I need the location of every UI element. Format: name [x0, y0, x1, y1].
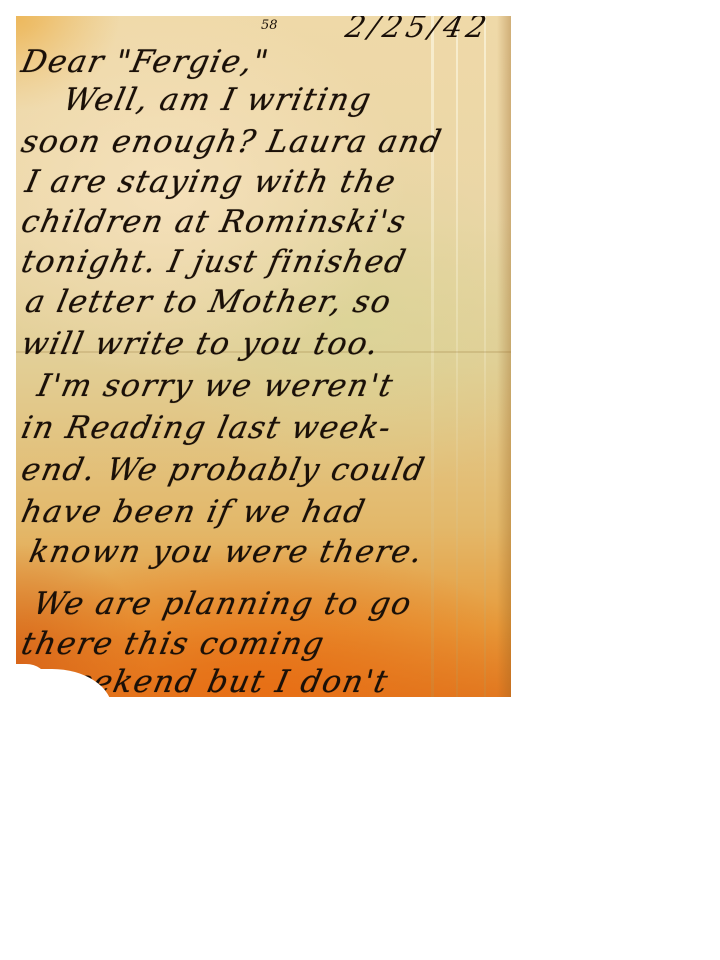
letter-line: I are staying with the	[22, 164, 400, 200]
page-number: 58	[261, 18, 278, 33]
paper-edge-shadow	[497, 16, 511, 697]
letter-line: have been if we had	[18, 494, 369, 530]
letter-line: end. We probably could	[18, 452, 429, 488]
letter-date: 2/25/42	[342, 16, 493, 45]
paper-crease	[456, 16, 458, 697]
salutation: Dear "Fergie,"	[18, 44, 272, 80]
paper-crease	[431, 16, 434, 697]
page: 58 2/25/42 Dear "Fergie," Well, am I wri…	[0, 0, 720, 960]
letter-line: We are planning to go	[30, 586, 415, 622]
letter-line: Well, am I writing	[60, 82, 375, 118]
letter-line: I'm sorry we weren't	[34, 368, 397, 404]
letter-sheet: 58 2/25/42 Dear "Fergie," Well, am I wri…	[16, 16, 511, 697]
letter-line: soon enough? Laura and	[18, 124, 445, 160]
letter-line: will write to you too.	[18, 326, 383, 362]
letter-line: in Reading last week-	[18, 410, 395, 446]
letter-line: known you were there.	[26, 534, 427, 570]
letter-line: children at Rominski's	[18, 204, 410, 240]
letter-line: tonight. I just finished	[18, 244, 410, 280]
letter-line: a letter to Mother, so	[22, 284, 395, 320]
paper-crease	[484, 16, 486, 697]
letter-line: there this coming	[18, 626, 328, 662]
